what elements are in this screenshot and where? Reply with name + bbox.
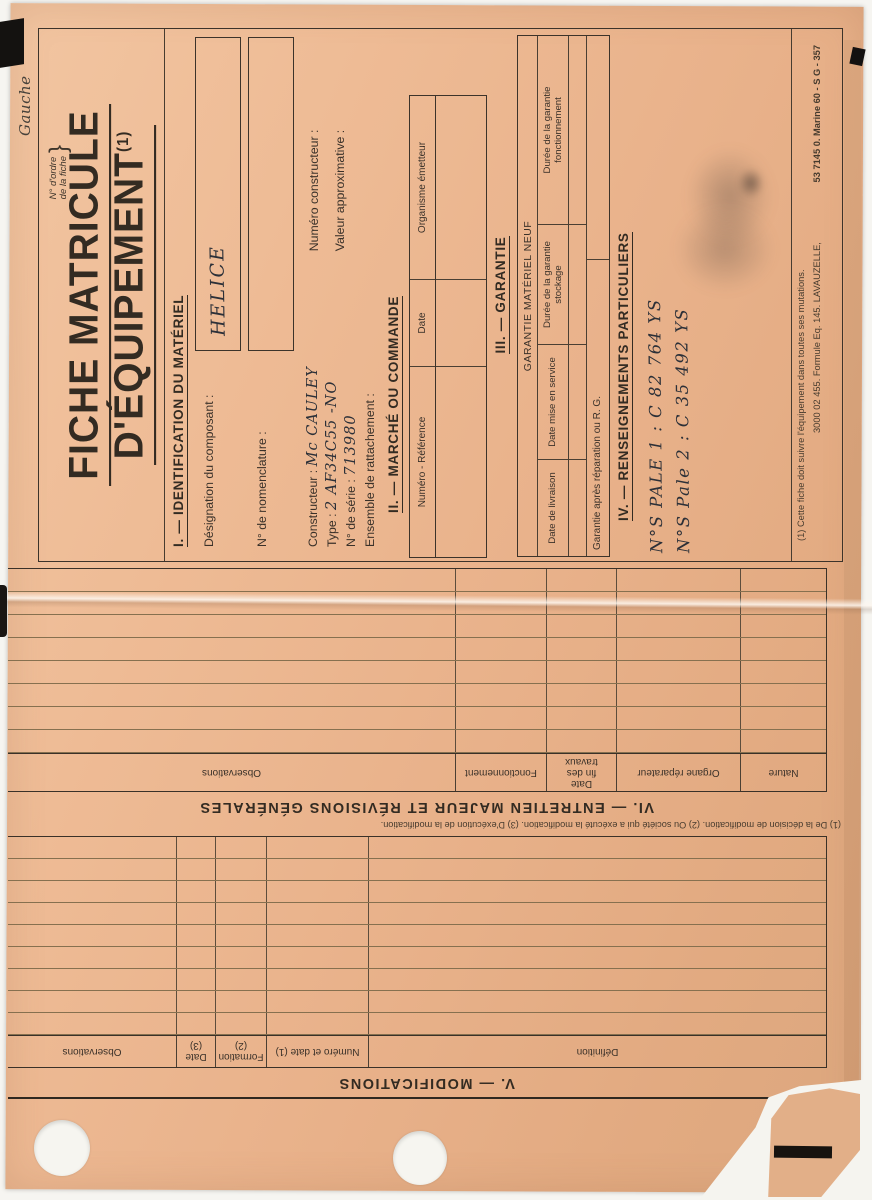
table-cell xyxy=(8,881,177,902)
table-cell xyxy=(456,684,547,706)
table-row xyxy=(8,684,826,707)
table-row xyxy=(8,969,826,991)
table-cell xyxy=(456,638,547,660)
horizontal-rule xyxy=(164,29,165,561)
nomenclature-row: N° de nomenclature : xyxy=(248,37,294,547)
table-cell xyxy=(369,969,826,990)
designation-handwritten-value: HELICE xyxy=(206,245,230,336)
ensemble-line: Ensemble de rattachement : xyxy=(361,251,380,547)
section-6-title: VI. — ENTRETIEN MAJEUR ET RÉVISIONS GÉNÉ… xyxy=(8,799,845,815)
garantie-band-title: GARANTIE MATÉRIEL NEUF xyxy=(518,36,538,556)
table-cell xyxy=(617,569,741,591)
table-cell xyxy=(216,837,267,858)
table-cell xyxy=(569,36,586,225)
table-cell xyxy=(8,969,177,990)
designation-box: HELICE xyxy=(195,37,241,351)
table-cell xyxy=(8,661,456,683)
table-cell xyxy=(741,615,826,637)
column-header: Formation (2) xyxy=(216,1036,267,1067)
table-row xyxy=(8,991,826,1013)
form-title: FICHE MATRICULE D'ÉQUIPEMENT(1) xyxy=(65,29,155,561)
table-cell xyxy=(8,1013,177,1034)
marche-table: Numéro - Référence Date Organisme émette… xyxy=(409,95,487,558)
nomenclature-box xyxy=(248,37,294,351)
column-header: Durée de la garantiestockage xyxy=(538,225,568,345)
constructeur-handwritten-value: Mc CAULEY xyxy=(305,366,321,466)
scan-mark xyxy=(0,585,7,637)
garantie-bottom-row: Garantie après réparation ou R. G. xyxy=(587,36,609,556)
column-header: Observations xyxy=(8,754,456,791)
column-header: Date xyxy=(410,280,435,367)
column-header: Date mise en service xyxy=(538,345,568,460)
column-header: Numéro et date (1) xyxy=(267,1036,369,1067)
table-cell xyxy=(369,991,826,1012)
table-row xyxy=(8,707,826,730)
table-cell xyxy=(617,661,741,683)
form-reference-number: 53 7145 0. Marine 60 - S G - 357 xyxy=(812,45,822,182)
table-cell xyxy=(177,925,216,946)
table-row xyxy=(8,569,826,592)
column-header: Observations xyxy=(8,1036,177,1067)
table-cell xyxy=(369,947,826,968)
table-cell xyxy=(617,730,741,752)
garantie-reparation-label: Garantie après réparation ou R. G. xyxy=(592,260,603,556)
column-header: Durée de la garantiefonctionnement xyxy=(538,36,568,225)
section-3-heading: III. — GARANTIE xyxy=(493,29,510,561)
table-cell xyxy=(547,730,617,752)
front-form-rotated: N° d'ordre de la fiche } FICHE MATRICULE… xyxy=(38,28,843,562)
form-border: N° d'ordre de la fiche } FICHE MATRICULE… xyxy=(38,28,843,562)
scan-mark xyxy=(774,1146,832,1159)
table-row xyxy=(8,881,826,903)
table-cell xyxy=(177,947,216,968)
table-cell xyxy=(369,881,826,902)
form-footer: (1) Cette fiche doit suivre l'équipement… xyxy=(791,29,842,561)
table-cell xyxy=(216,969,267,990)
designation-label: Désignation du composant : xyxy=(195,351,241,547)
table-cell xyxy=(267,925,369,946)
constructeur-line: Constructeur : Mc CAULEY xyxy=(304,251,323,547)
table-cell xyxy=(216,991,267,1012)
margin-handwritten-note: Gauche xyxy=(16,75,34,136)
table-cell xyxy=(8,991,177,1012)
table-cell xyxy=(369,925,826,946)
table-cell xyxy=(267,947,369,968)
table-cell xyxy=(741,569,826,591)
table-cell xyxy=(369,859,826,880)
table-cell xyxy=(617,684,741,706)
table-cell xyxy=(369,1013,826,1034)
garantie-empty-row xyxy=(569,36,587,556)
footer-note: (1) Cette fiche doit suivre l'équipement… xyxy=(796,29,806,541)
table-cell xyxy=(569,225,586,345)
table-cell xyxy=(8,569,456,591)
modifications-table: DéfinitionNuméro et date (1)Formation (2… xyxy=(8,836,827,1068)
table-cell xyxy=(216,881,267,902)
table-cell xyxy=(369,837,826,858)
table-cell xyxy=(547,615,617,637)
table-cell xyxy=(8,638,456,660)
table-cell xyxy=(8,615,456,637)
table-cell xyxy=(436,280,486,367)
table-cell xyxy=(547,684,617,706)
column-header: Numéro - Référence xyxy=(410,367,435,557)
table-cell xyxy=(456,661,547,683)
table-cell xyxy=(436,367,486,557)
table-cell xyxy=(177,903,216,924)
section-2-heading: II. — MARCHÉ OU COMMANDE xyxy=(386,29,403,513)
punch-hole xyxy=(393,1131,447,1185)
table-cell xyxy=(177,969,216,990)
serie-handwritten-value: 713980 xyxy=(343,414,359,475)
column-header: Datefin des travaux xyxy=(547,754,617,791)
table-header-row: DéfinitionNuméro et date (1)Formation (2… xyxy=(8,1035,826,1067)
title-line1: FICHE MATRICULE xyxy=(64,104,111,486)
column-header: Nature xyxy=(741,754,826,791)
table-cell xyxy=(741,661,826,683)
table-cell xyxy=(267,903,369,924)
column-header: Date (3) xyxy=(177,1036,216,1067)
table-cell xyxy=(267,837,369,858)
table-cell xyxy=(456,730,547,752)
table-row xyxy=(8,730,826,753)
table-cell xyxy=(177,837,216,858)
table-cell xyxy=(456,615,547,637)
title-footnote-mark: (1) xyxy=(114,131,132,152)
table-cell xyxy=(267,1013,369,1034)
type-line: Type : 2 AF34C55 -NO xyxy=(323,251,342,547)
column-header: Organe réparateur xyxy=(617,754,741,791)
table-cell xyxy=(369,903,826,924)
table-cell xyxy=(8,730,456,752)
table-cell xyxy=(216,925,267,946)
table-cell xyxy=(8,903,177,924)
table-cell xyxy=(216,903,267,924)
table-cell xyxy=(587,36,609,260)
garantie-header-row: Date de livraison Date mise en service D… xyxy=(538,36,569,556)
table-cell xyxy=(617,638,741,660)
table-cell xyxy=(617,615,741,637)
table-cell xyxy=(456,569,547,591)
table-cell xyxy=(216,947,267,968)
valeur-approximative-label: Valeur approximative : xyxy=(332,37,349,251)
marche-header-row: Numéro - Référence Date Organisme émette… xyxy=(410,96,436,557)
table-cell xyxy=(8,925,177,946)
renseignements-handwriting: N°S PALE 1 : C 82 764 YS N°S Pale 2 : C … xyxy=(641,29,695,553)
table-cell xyxy=(8,707,456,729)
printer-imprint: 3000 02 455. Formule Eq. 145. LAVAUZELLE… xyxy=(812,242,822,433)
identification-columns: Constructeur : Mc CAULEY Type : 2 AF34C5… xyxy=(304,37,380,547)
garantie-box: GARANTIE MATÉRIEL NEUF Date de livraison… xyxy=(517,35,610,557)
title-line2: D'ÉQUIPEMENT(1) xyxy=(109,125,156,466)
column-header: Organisme émetteur xyxy=(410,96,435,280)
column-header: Fonctionnement xyxy=(456,754,547,791)
section-5-title: V. — MODIFICATIONS xyxy=(8,1075,845,1091)
table-cell xyxy=(456,707,547,729)
table-cell xyxy=(267,881,369,902)
table-cell xyxy=(216,859,267,880)
numero-constructeur-label: Numéro constructeur : xyxy=(306,37,323,251)
punch-hole xyxy=(34,1120,90,1176)
table-row xyxy=(8,925,826,947)
scan-mark xyxy=(0,18,24,68)
table-row xyxy=(8,947,826,969)
section-1-heading: I. — IDENTIFICATION DU MATÉRIEL xyxy=(171,29,188,547)
horizontal-rule xyxy=(8,1097,845,1099)
column-header: Date de livraison xyxy=(538,460,568,556)
modifications-footnote: (1) De la décision de modification. (2) … xyxy=(8,820,841,830)
table-cell xyxy=(569,460,586,556)
folded-edge-strip xyxy=(844,40,861,1190)
fingerprint-smudge xyxy=(676,206,774,292)
section-4-heading: IV. — RENSEIGNEMENTS PARTICULIERS xyxy=(616,29,633,521)
table-row xyxy=(8,837,826,859)
table-cell xyxy=(617,707,741,729)
table-cell xyxy=(547,661,617,683)
table-cell xyxy=(177,859,216,880)
table-cell xyxy=(8,837,177,858)
table-row xyxy=(8,859,826,881)
table-row xyxy=(8,661,826,684)
designation-row: Désignation du composant : HELICE xyxy=(195,37,241,547)
table-cell xyxy=(8,859,177,880)
scanned-document-page: N° d'ordre de la fiche } FICHE MATRICULE… xyxy=(0,0,872,1200)
table-cell xyxy=(177,991,216,1012)
table-row xyxy=(8,1013,826,1035)
nomenclature-label: N° de nomenclature : xyxy=(248,351,294,547)
table-cell xyxy=(267,991,369,1012)
table-cell xyxy=(267,969,369,990)
table-cell xyxy=(547,569,617,591)
pale2-handwritten-line: N°S Pale 2 : C 35 492 YS xyxy=(666,29,698,553)
column-header: Définition xyxy=(369,1036,826,1067)
table-cell xyxy=(741,684,826,706)
table-row xyxy=(8,615,826,638)
table-cell xyxy=(177,881,216,902)
table-cell xyxy=(741,730,826,752)
table-cell xyxy=(547,638,617,660)
marche-empty-row xyxy=(436,96,486,557)
table-cell xyxy=(216,1013,267,1034)
table-cell xyxy=(741,638,826,660)
table-cell xyxy=(177,1013,216,1034)
table-cell xyxy=(569,345,586,460)
table-row xyxy=(8,638,826,661)
fingerprint-smudge xyxy=(738,168,764,198)
table-header-row: NatureOrgane réparateurDatefin des trava… xyxy=(8,753,826,791)
type-handwritten-value: 2 AF34C55 -NO xyxy=(324,381,340,510)
table-cell xyxy=(8,684,456,706)
table-row xyxy=(8,903,826,925)
serie-line: N° de série : 713980 xyxy=(342,251,361,547)
table-cell xyxy=(8,947,177,968)
back-tables-rotated: V. — MODIFICATIONS DéfinitionNuméro et d… xyxy=(8,563,845,1105)
table-cell xyxy=(741,707,826,729)
table-cell xyxy=(547,707,617,729)
table-cell xyxy=(267,859,369,880)
table-cell xyxy=(436,96,486,280)
